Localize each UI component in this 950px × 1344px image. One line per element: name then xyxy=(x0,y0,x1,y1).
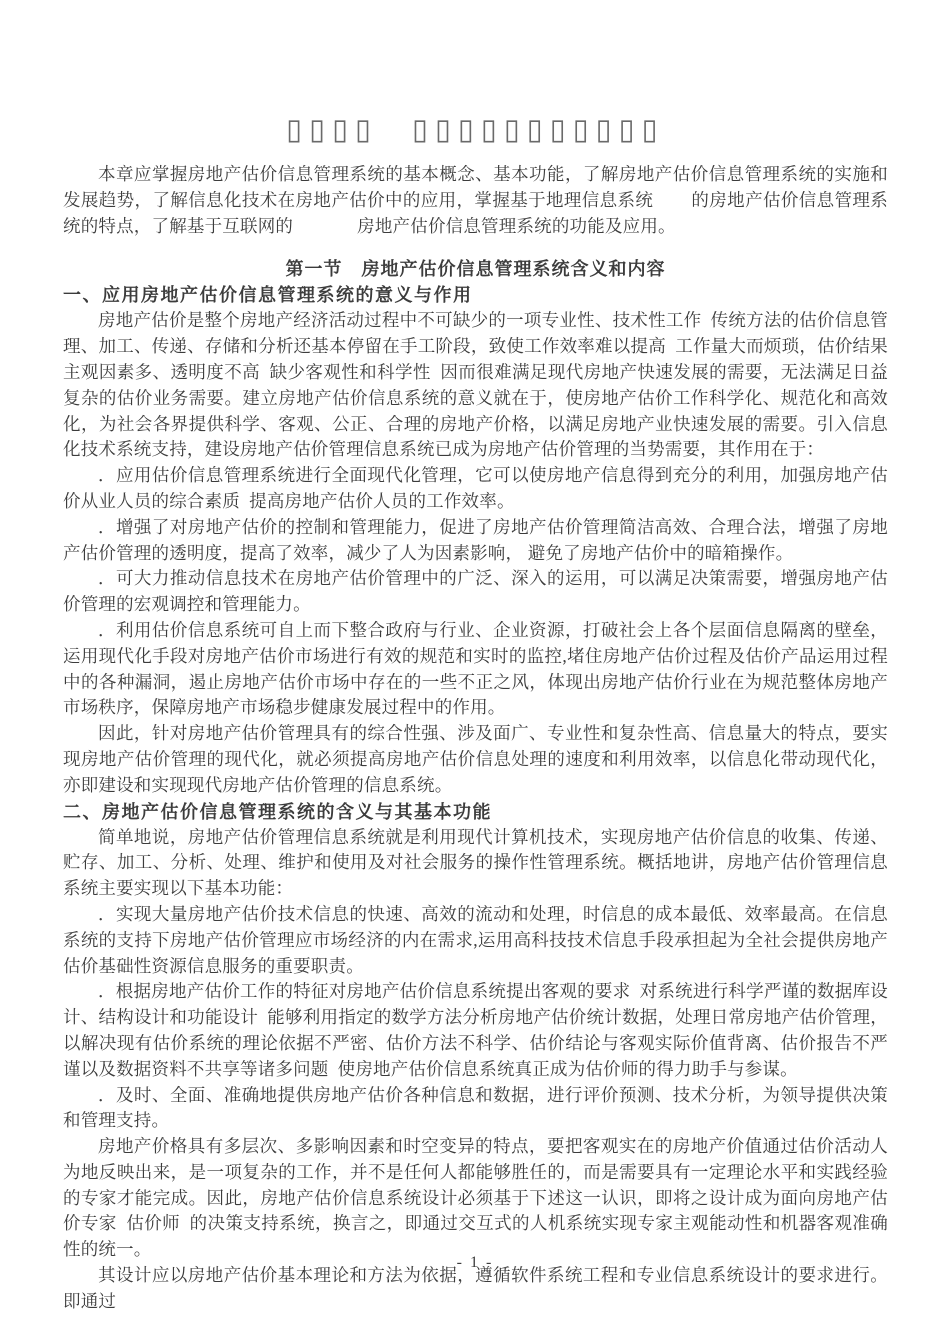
bullet-paragraph-1: ．应用估价信息管理系统进行全面现代化管理，它可以使房地产信息得到充分的利用，加强… xyxy=(63,463,888,515)
subsection-2-heading: 二、房地产估价信息管理系统的含义与其基本功能 xyxy=(63,799,888,825)
subsection-1-heading: 一、应用房地产估价信息管理系统的意义与作用 xyxy=(63,282,888,308)
bullet-paragraph-2: ．增强了对房地产估价的控制和管理能力，促进了房地产估价管理简洁高效、合理合法，增… xyxy=(63,515,888,567)
bullet-paragraph-3: ．可大力推动信息技术在房地产估价管理中的广泛、深入的运用，可以满足决策需要，增强… xyxy=(63,566,888,618)
section-1-heading: 第一节 房地产估价信息管理系统含义和内容 xyxy=(63,256,888,282)
bullet-paragraph-5: ．实现大量房地产估价技术信息的快速、高效的流动和处理，时信息的成本最低、效率最高… xyxy=(63,902,888,979)
document-content: ▯▯▯▯▯▯▯▯▯▯▯▯▯▯▯ 本章应掌握房地产估价信息管理系统的基本概念、基本… xyxy=(0,0,950,1315)
chapter-title: ▯▯▯▯▯▯▯▯▯▯▯▯▯▯▯ xyxy=(63,112,888,146)
bullet-paragraph-7: ．及时、全面、准确地提供房地产估价各种信息和数据，进行评价预测、技术分析，为领导… xyxy=(63,1083,888,1135)
bullet-paragraph-4: ．利用估价信息系统可自上而下整合政府与行业、企业资源，打破社会上各个层面信息隔离… xyxy=(63,618,888,721)
paragraph-price-complexity: 房地产价格具有多层次、多影响因素和时空变异的特点，要把客观实在的房地产价值通过估… xyxy=(63,1134,888,1263)
paragraph-definition: 简单地说，房地产估价管理信息系统就是利用现代计算机技术，实现房地产估价信息的收集… xyxy=(63,825,888,902)
page-number: - 1 - xyxy=(0,1254,950,1272)
missing-glyph-boxes-chapter-number: ▯▯▯▯ xyxy=(286,112,378,146)
paragraph-conclusion: 因此，针对房地产估价管理具有的综合性强、涉及面广、专业性和复杂性高、信息量大的特… xyxy=(63,721,888,798)
document-page: ▯▯▯▯▯▯▯▯▯▯▯▯▯▯▯ 本章应掌握房地产估价信息管理系统的基本概念、基本… xyxy=(0,0,950,1344)
paragraph-overview: 房地产估价是整个房地产经济活动过程中不可缺少的一项专业性、技术性工作 传统方法的… xyxy=(63,308,888,463)
bullet-paragraph-6: ．根据房地产估价工作的特征对房地产估价信息系统提出客观的要求 对系统进行科学严谨… xyxy=(63,979,888,1082)
intro-paragraph: 本章应掌握房地产估价信息管理系统的基本概念、基本功能，了解房地产估价信息管理系统… xyxy=(63,162,888,239)
missing-glyph-boxes-chapter-name: ▯▯▯▯▯▯▯▯▯▯▯ xyxy=(412,112,665,146)
